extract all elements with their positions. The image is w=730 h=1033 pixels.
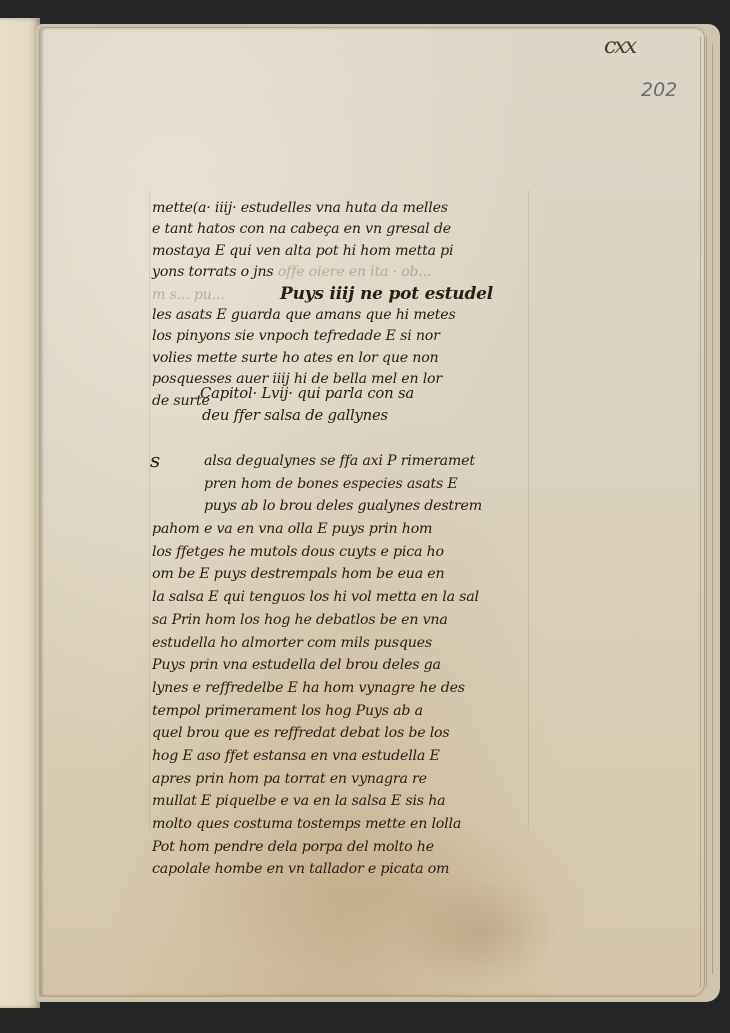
text-line: los ffetges he mutols dous cuyts e pica …: [152, 541, 532, 564]
page-edge-line: [700, 36, 701, 988]
heading-line: deu ffer salsa de gallynes: [200, 405, 520, 427]
water-stain: [400, 878, 560, 988]
text-line: om be E puys destrempals hom be eua en: [152, 563, 532, 586]
faded-text: offe oiere en ita · ob...: [278, 264, 432, 280]
text-line: alsa degualynes se ffa axi P rimeramet: [152, 450, 532, 473]
text-line: la salsa E qui tenguos los hi vol metta …: [152, 586, 532, 609]
top-text-block: mette(a· iiij· estudelles vna huta da me…: [152, 198, 532, 412]
text-line: mette(a· iiij· estudelles vna huta da me…: [152, 198, 532, 219]
text-line: mostaya E qui ven alta pot hi hom metta …: [152, 241, 532, 262]
text-line: hog E aso ffet estansa en vna estudella …: [152, 745, 532, 768]
text-line: mullat E piquelbe e va en la salsa E sis…: [152, 790, 532, 813]
body-text-block: alsa degualynes se ffa axi P rimeramet p…: [152, 450, 532, 881]
page-edge-line: [706, 36, 707, 988]
page-number: 202: [641, 79, 677, 101]
text-segment: Puys iiij ne pot estudel: [280, 284, 493, 304]
text-line: apres prin hom pa torrat en vynagra re: [152, 768, 532, 791]
text-line: puys ab lo brou deles gualynes destrem: [152, 495, 532, 518]
text-line: quel brou que es reffredat debat los be …: [152, 722, 532, 745]
text-line: pahom e va en vna olla E puys prin hom: [152, 518, 532, 541]
text-line: Puys prin vna estudella del brou deles g…: [152, 654, 532, 677]
faded-text: m s... pu...: [152, 285, 280, 306]
text-line: capolale hombe en vn tallador e picata o…: [152, 858, 532, 881]
folio-mark: cxx: [604, 34, 635, 59]
text-line: Pot hom pendre dela porpa del molto he: [152, 836, 532, 859]
margin-ruling: [149, 190, 150, 830]
text-line: tempol primerament los hog Puys ab a: [152, 700, 532, 723]
text-line: molto ques costuma tostemps mette en lol…: [152, 813, 532, 836]
facing-page-edge: [0, 18, 40, 1008]
heading-line: Capitol· Lvij· qui parla con sa: [200, 383, 520, 405]
text-segment: yons torrats o jns: [152, 264, 274, 280]
text-line: pren hom de bones especies asats E: [152, 473, 532, 496]
text-line: m s... pu...Puys iiij ne pot estudel: [152, 284, 532, 305]
text-line: e tant hatos con na cabeça en vn gresal …: [152, 219, 532, 240]
text-line: yons torrats o jns offe oiere en ita · o…: [152, 262, 532, 283]
text-line: los pinyons sie vnpoch tefredade E si no…: [152, 326, 532, 347]
chapter-heading: Capitol· Lvij· qui parla con sa deu ffer…: [200, 383, 520, 427]
page-edge-line: [712, 44, 713, 974]
text-line: estudella ho almorter com mils pusques: [152, 632, 532, 655]
text-line: sa Prin hom los hog he debatlos be en vn…: [152, 609, 532, 632]
text-line: lynes e reffredelbe E ha hom vynagre he …: [152, 677, 532, 700]
text-line: volies mette surte ho ates en lor que no…: [152, 348, 532, 369]
text-line: les asats E guarda que amans que hi mete…: [152, 305, 532, 326]
